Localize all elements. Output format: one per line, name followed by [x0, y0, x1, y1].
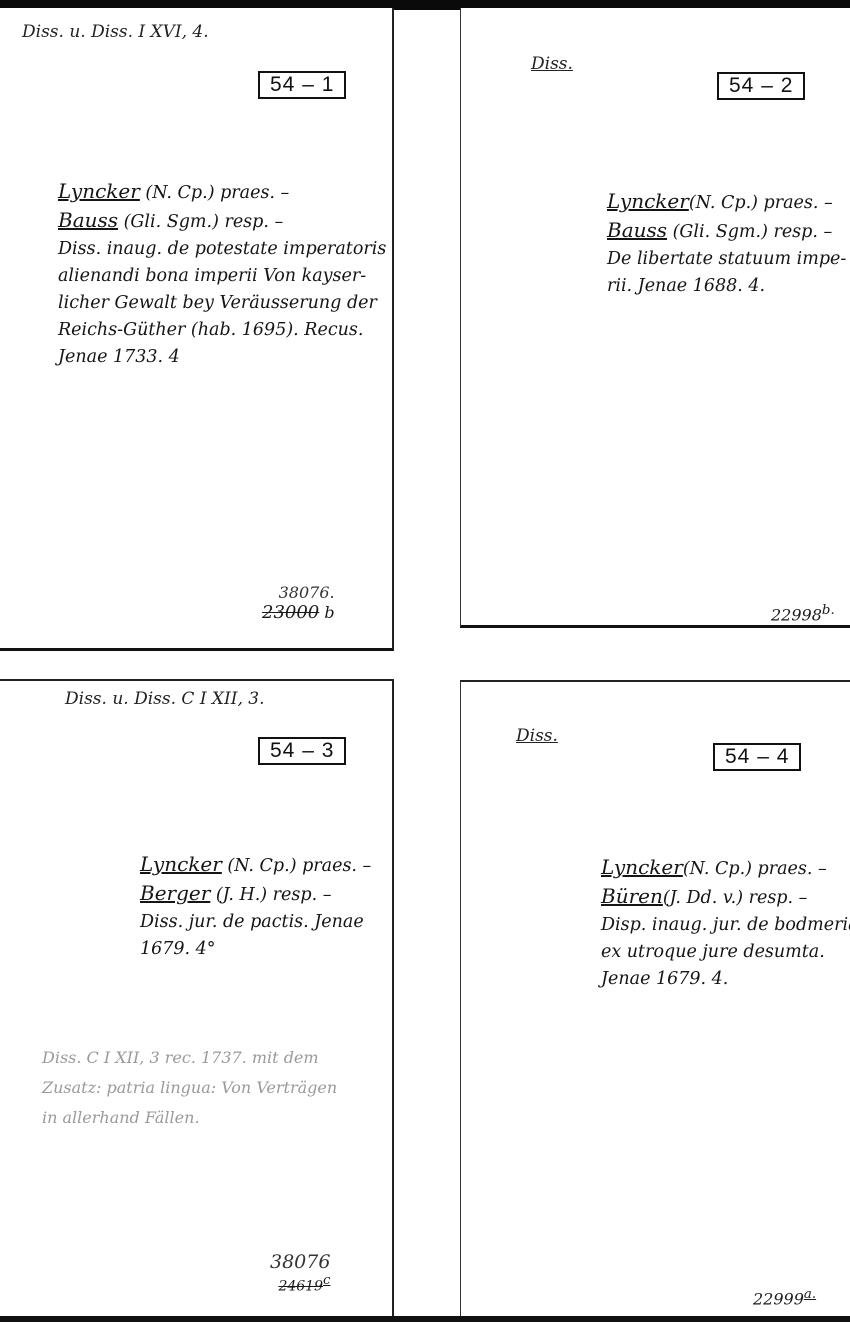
scan-bottom-edge	[0, 1316, 850, 1322]
call-number-box: 54 – 1	[258, 71, 346, 99]
bibliographic-entry: Lyncker(N. Cp.) praes. – Bauss (Gli. Sgm…	[607, 188, 846, 300]
call-number-box: 54 – 2	[717, 72, 805, 100]
shelfmark: Diss.	[516, 726, 558, 746]
shelfmark: Diss. u. Diss. I XVI, 4.	[22, 22, 209, 42]
bibliographic-entry: Lyncker (N. Cp.) praes. – Bauss (Gli. Sg…	[58, 178, 386, 371]
catalog-card-2: Diss. 54 – 2 Lyncker(N. Cp.) praes. – Ba…	[460, 8, 850, 628]
call-number-box: 54 – 4	[713, 743, 801, 771]
bibliographic-entry: Lyncker (N. Cp.) praes. – Berger (J. H.)…	[140, 851, 371, 963]
accession-number: 22999a.	[753, 1287, 816, 1308]
catalog-card-4: Diss. 54 – 4 Lyncker(N. Cp.) praes. – Bü…	[460, 680, 850, 1322]
accession-number: 38076. 23000 b	[262, 583, 335, 623]
accession-number: 38076 24619c	[270, 1251, 330, 1294]
accession-number: 22998b.	[771, 603, 835, 624]
bibliographic-entry: Lyncker(N. Cp.) praes. – Büren(J. Dd. v.…	[601, 854, 850, 993]
catalog-card-3: Diss. u. Diss. C I XII, 3. 54 – 3 Lyncke…	[0, 679, 394, 1322]
shelfmark: Diss. u. Diss. C I XII, 3.	[65, 689, 265, 709]
catalog-card-1: Diss. u. Diss. I XVI, 4. 54 – 1 Lyncker …	[0, 8, 394, 651]
call-number-box: 54 – 3	[258, 737, 346, 765]
shelfmark: Diss.	[531, 54, 573, 74]
pencil-note: Diss. C I XII, 3 rec. 1737. mit dem Zusa…	[42, 1043, 337, 1133]
